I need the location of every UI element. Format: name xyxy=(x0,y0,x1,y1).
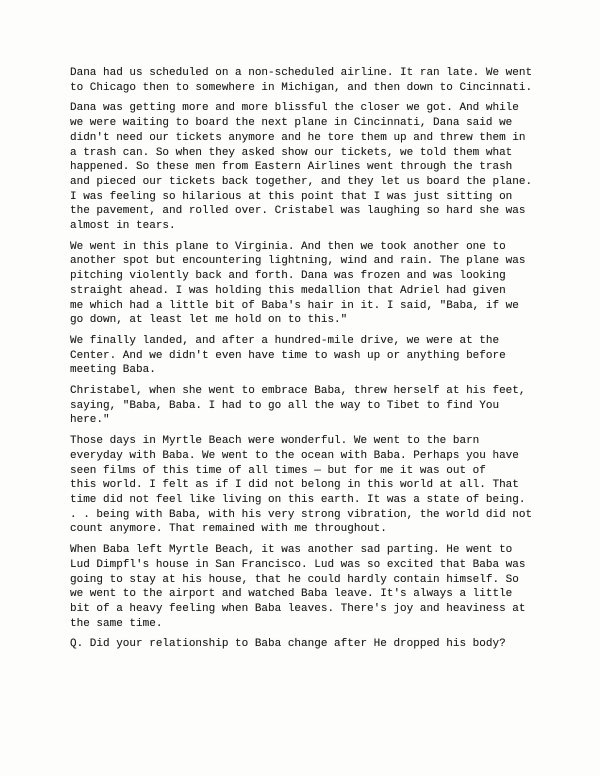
paragraph-myrtle-beach: Those days in Myrtle Beach were wonderfu… xyxy=(70,434,544,537)
paragraph-christabel: Christabel, when she went to embrace Bab… xyxy=(70,384,544,428)
paragraph-landed: We finally landed, and after a hundred-m… xyxy=(70,334,544,378)
paragraph-plane-virginia: We went in this plane to Virginia. And t… xyxy=(70,240,544,328)
paragraph-tickets: Dana was getting more and more blissful … xyxy=(70,101,544,233)
text-block: Dana had us scheduled on a non-scheduled… xyxy=(70,66,544,658)
question-paragraph: Q. Did your relationship to Baba change … xyxy=(70,637,544,652)
paragraph-baba-leaves: When Baba left Myrtle Beach, it was anot… xyxy=(70,543,544,631)
paragraph-airline: Dana had us scheduled on a non-scheduled… xyxy=(70,66,544,95)
document-page: Dana had us scheduled on a non-scheduled… xyxy=(0,0,600,776)
